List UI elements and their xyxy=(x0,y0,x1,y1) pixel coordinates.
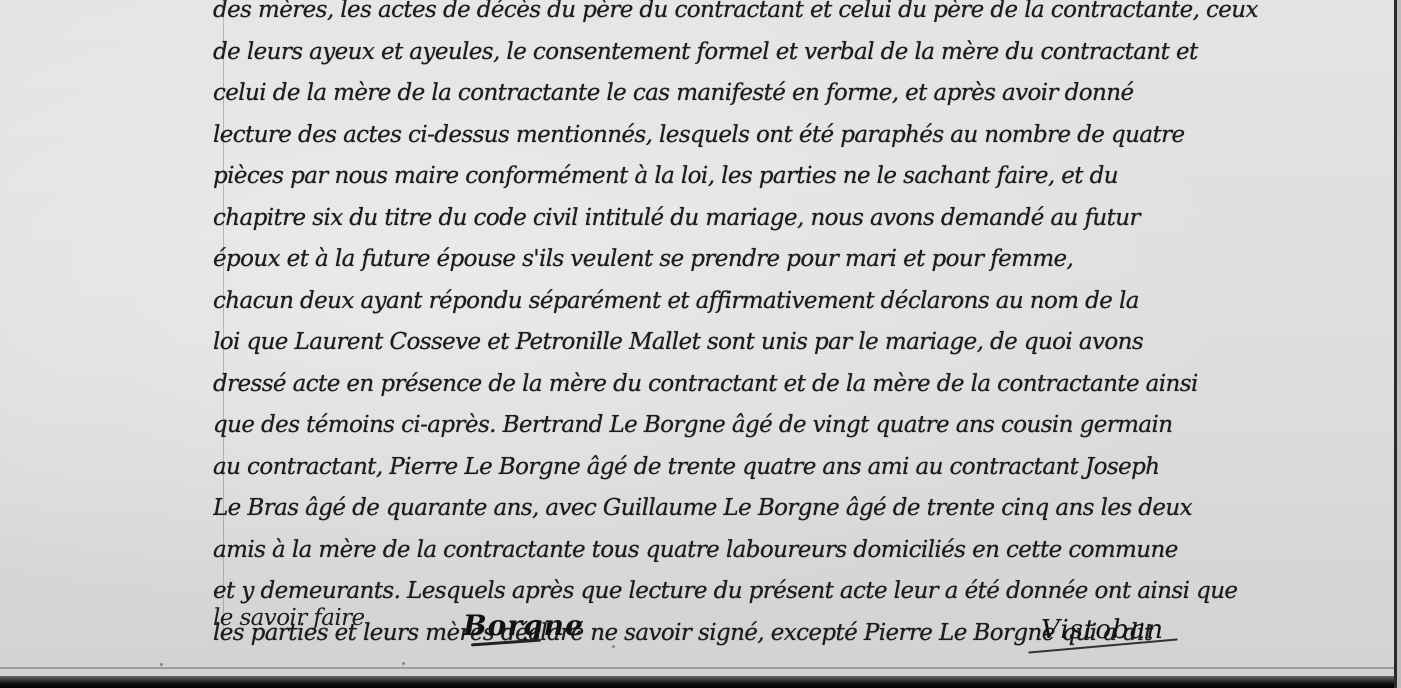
text-line: chacun deux ayant répondu séparément et … xyxy=(213,281,1388,323)
text-line: pièces par nous maire conformément à la … xyxy=(213,156,1388,198)
witness-signature: Borgne xyxy=(463,609,584,642)
paper-speck xyxy=(160,663,163,666)
text-line: époux et à la future épouse s'ils veulen… xyxy=(213,239,1388,281)
text-line: lecture des actes ci-dessus mentionnés, … xyxy=(213,115,1388,157)
text-line: chapitre six du titre du code civil inti… xyxy=(213,198,1388,240)
text-line: que des témoins ci-après. Bertrand Le Bo… xyxy=(213,405,1388,447)
handwritten-text-block: des mères, les actes de décès du père du… xyxy=(213,0,1388,654)
paper-speck xyxy=(402,662,405,665)
scanned-register-page: des mères, les actes de décès du père du… xyxy=(0,0,1401,688)
text-line: des mères, les actes de décès du père du… xyxy=(213,0,1388,32)
page-bottom-rule xyxy=(0,667,1394,669)
text-line: au contractant, Pierre Le Borgne âgé de … xyxy=(213,447,1388,489)
text-line: loi que Laurent Cosseve et Petronille Ma… xyxy=(213,322,1388,364)
text-line: de leurs ayeux et ayeules, le consenteme… xyxy=(213,32,1388,74)
text-line: Le Bras âgé de quarante ans, avec Guilla… xyxy=(213,488,1388,530)
text-line: celui de la mère de la contractante le c… xyxy=(213,73,1388,115)
paper-speck xyxy=(612,645,615,648)
page-gutter xyxy=(1397,0,1401,688)
page-bottom-edge xyxy=(0,676,1401,688)
text-line: dressé acte en présence de la mère du co… xyxy=(213,364,1388,406)
closing-line: le savoir faire. xyxy=(213,605,371,631)
signature-row: le savoir faire. Borgne Vistoban xyxy=(213,605,1388,655)
text-line: amis à la mère de la contractante tous q… xyxy=(213,530,1388,572)
